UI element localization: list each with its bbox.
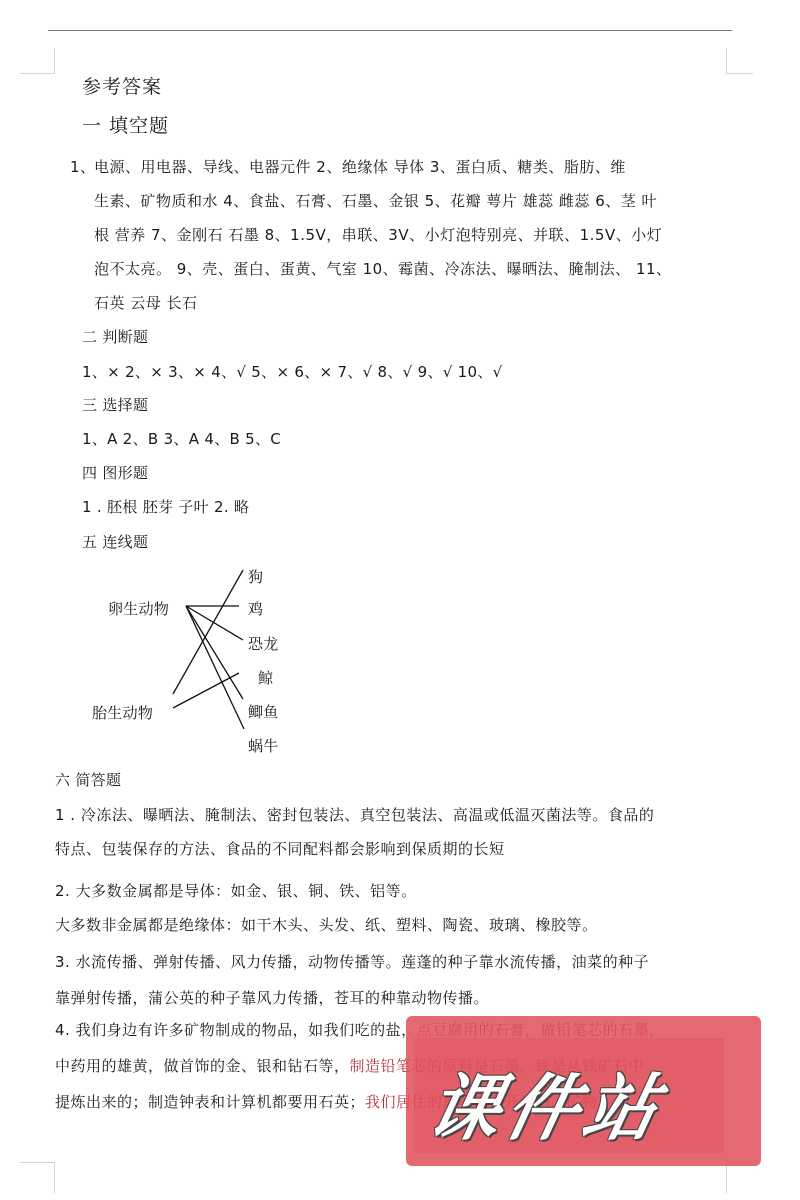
section-heading-matching: 五 连线题 <box>82 535 148 550</box>
line-viviparous-dog <box>173 570 243 694</box>
section-heading-short-answer: 六 简答题 <box>55 773 121 788</box>
answer-line: 特点、包装保存的方法、食品的不同配料都会影响到保质期的长短 <box>55 832 745 866</box>
watermark-stamp: 课件站 <box>400 1010 770 1170</box>
answer-line: 石英 云母 长石 <box>94 286 735 320</box>
matching-right-crucian-carp: 鲫鱼 <box>248 705 279 720</box>
answer-line: 生素、矿物质和水 4、食盐、石膏、石墨、金银 5、花瓣 萼片 雄蕊 雌蕊 6、茎… <box>94 184 735 218</box>
answer-line: 泡不太亮。 9、壳、蛋白、蛋黄、气室 10、霉菌、冷冻法、曝晒法、腌制法、 11… <box>94 252 735 286</box>
section-heading-true-false: 二 判断题 <box>82 330 148 345</box>
true-false-answers: 1、× 2、× 3、× 4、√ 5、× 6、× 7、√ 8、√ 9、√ 10、√ <box>82 365 503 380</box>
multiple-choice-answers: 1、A 2、B 3、A 4、B 5、C <box>82 432 281 447</box>
matching-left-oviparous: 卵生动物 <box>108 602 169 617</box>
matching-right-dinosaur: 恐龙 <box>248 637 279 652</box>
page-corner-mark-top-right <box>726 48 753 74</box>
matching-right-snail: 蜗牛 <box>248 739 279 754</box>
page-corner-mark-top-left <box>20 48 55 74</box>
line-oviparous-crucian-carp <box>186 606 243 699</box>
answer-line: 大多数非金属都是绝缘体：如干木头、头发、纸、塑料、陶瓷、玻璃、橡胶等。 <box>55 908 745 942</box>
page-corner-mark-bottom-left <box>20 1162 55 1193</box>
page-title: 参考答案 <box>82 78 162 97</box>
section-heading-diagram: 四 图形题 <box>82 466 148 481</box>
answer-line: 根 营养 7、金刚石 石墨 8、1.5V，串联、3V、小灯泡特别亮、并联、1.5… <box>94 218 735 252</box>
matching-right-whale: 鲸 <box>258 671 273 686</box>
answer-line: 1 . 冷冻法、曝晒法、腌制法、密封包装法、真空包装法、高温或低温灭菌法等。食品… <box>55 798 745 832</box>
answer-line: 3. 水流传播、弹射传播、风力传播，动物传播等。莲蓬的种子靠水流传播，油菜的种子 <box>55 944 745 980</box>
short-answer-q3: 3. 水流传播、弹射传播、风力传播，动物传播等。莲蓬的种子靠水流传播，油菜的种子… <box>55 944 745 1016</box>
section-heading-fill-blank: 一 填空题 <box>82 117 169 136</box>
answer-line: 电源、用电器、导线、电器元件 2、绝缘体 导体 3、蛋白质、糖类、脂肪、维 <box>94 150 735 184</box>
diagram-answers: 1 . 胚根 胚芽 子叶 2. 略 <box>82 500 249 515</box>
matching-right-chicken: 鸡 <box>248 602 263 617</box>
matching-right-dog: 狗 <box>248 570 263 585</box>
answer-line: 2. 大多数金属都是导体：如金、银、铜、铁、铝等。 <box>55 874 745 908</box>
line-oviparous-dinosaur <box>186 606 243 640</box>
short-answer-q1: 1 . 冷冻法、曝晒法、腌制法、密封包装法、真空包装法、高温或低温灭菌法等。食品… <box>55 798 745 866</box>
short-answer-q2: 2. 大多数金属都是导体：如金、银、铜、铁、铝等。 大多数非金属都是绝缘体：如干… <box>55 874 745 942</box>
fill-blank-answers: 1、 电源、用电器、导线、电器元件 2、绝缘体 导体 3、蛋白质、糖类、脂肪、维… <box>70 150 735 320</box>
matching-left-viviparous: 胎生动物 <box>92 706 153 721</box>
line-viviparous-whale <box>173 673 239 708</box>
question-number: 1、 <box>70 150 96 184</box>
header-rule <box>48 30 732 31</box>
line-oviparous-snail <box>186 606 244 729</box>
watermark-text: 课件站 <box>419 1050 675 1154</box>
section-heading-multiple-choice: 三 选择题 <box>82 398 148 413</box>
